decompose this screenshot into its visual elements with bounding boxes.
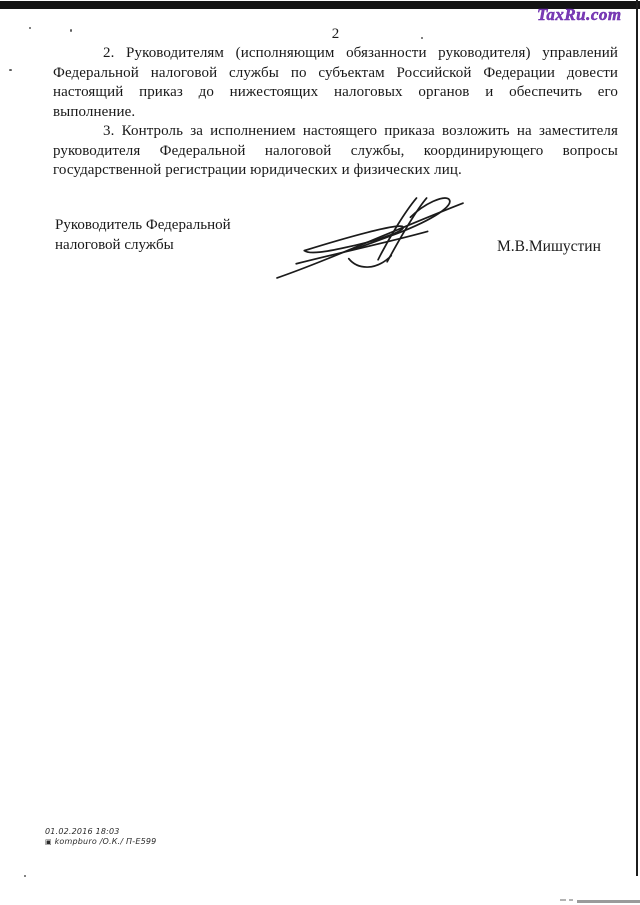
footer-stamp-block: 01.02.2016 18:03 ▣ kompburo /О.К./ П-Е59… (45, 827, 156, 847)
watermark-taxru: TaxRu.com (537, 5, 622, 25)
scan-speck (9, 69, 12, 71)
text-line: руководителя Федеральной налоговой служб… (53, 142, 618, 162)
scan-edge-right (636, 0, 638, 876)
paragraph-3: 3. Контроль за исполнением настоящего пр… (53, 122, 618, 181)
scan-speck (24, 875, 26, 877)
scan-mark (569, 899, 573, 901)
signature-scribble (274, 195, 466, 281)
footer-stamp-line: ▣ kompburo /О.К./ П-Е599 (45, 837, 156, 848)
signer-title: Руководитель Федеральной налоговой служб… (55, 216, 231, 255)
text-line: государственной регистрации юридических … (53, 161, 618, 181)
footer-timestamp: 01.02.2016 18:03 (45, 827, 156, 837)
document-body: 2. Руководителям (исполняющим обязанност… (53, 44, 618, 181)
text-line: настоящий приказ до нижестоящих налоговы… (53, 83, 618, 103)
page-number: 2 (53, 26, 618, 43)
signer-name: М.В.Мишустин (497, 238, 601, 256)
text-line: выполнение. (53, 103, 618, 123)
signer-title-line: налоговой службы (55, 236, 231, 256)
stamp-box-icon: ▣ (45, 838, 52, 846)
scan-edge-bottom-right (577, 900, 640, 903)
text-line: 3. Контроль за исполнением настоящего пр… (53, 122, 618, 142)
scan-speck (29, 27, 31, 29)
scanned-document-page: TaxRu.com 2 2. Руководителям (исполняющи… (0, 0, 640, 905)
scan-mark (560, 899, 566, 901)
text-line: Федеральной налоговой службы по субъекта… (53, 64, 618, 84)
signature-icon (274, 195, 466, 281)
signer-title-line: Руководитель Федеральной (55, 216, 231, 236)
text-line: 2. Руководителям (исполняющим обязанност… (53, 44, 618, 64)
footer-stamp-text: kompburo /О.К./ П-Е599 (55, 837, 157, 846)
paragraph-2: 2. Руководителям (исполняющим обязанност… (53, 44, 618, 122)
